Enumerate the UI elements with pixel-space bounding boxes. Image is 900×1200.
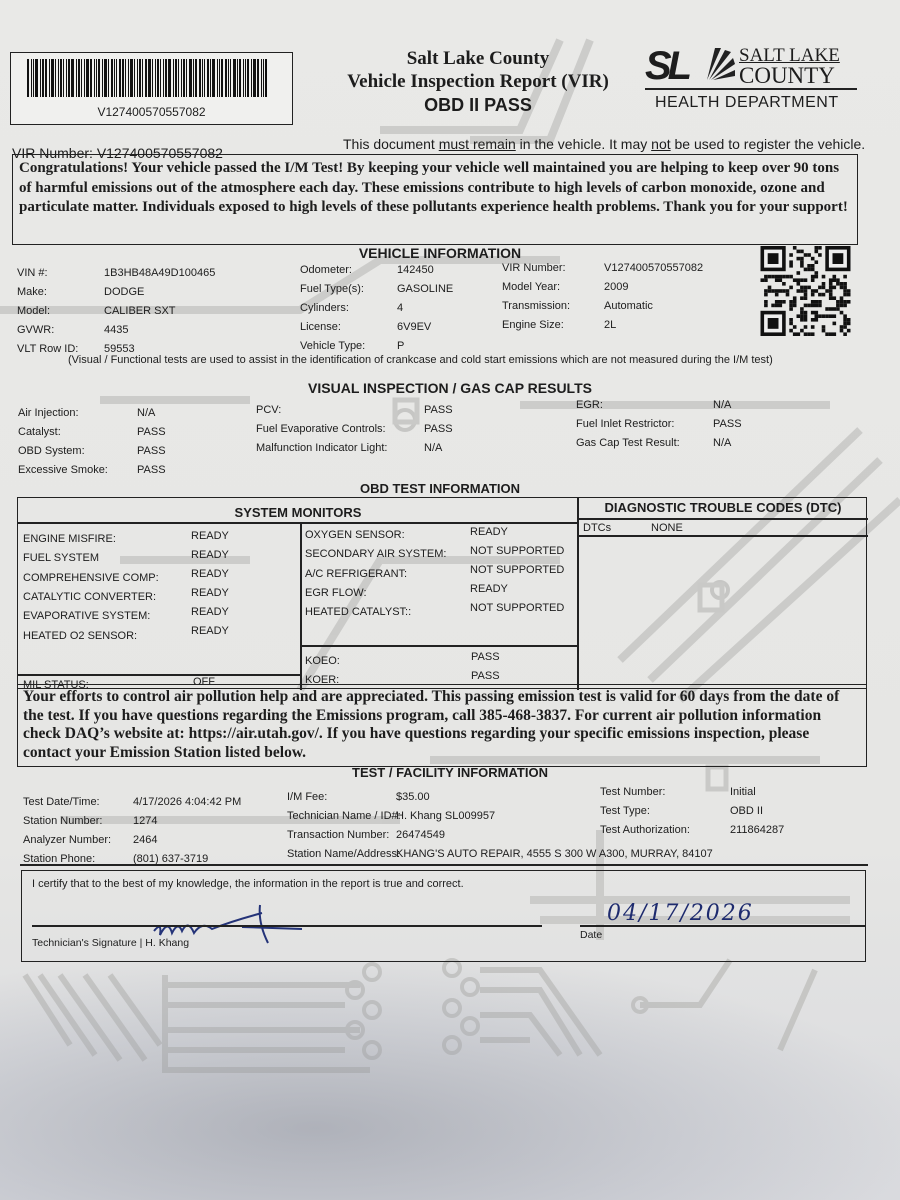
field-value: CALIBER SXT [104, 305, 176, 317]
barcode-bar [212, 59, 215, 97]
field-label: VIN #: [17, 267, 48, 279]
notice-emphasis-must: must remain [439, 136, 516, 152]
photo-shadow [0, 960, 900, 1200]
dtc-label: DTCs [583, 522, 611, 534]
monitor-label: EVAPORATIVE SYSTEM: [23, 610, 150, 622]
report-title: Salt Lake County Vehicle Inspection Repo… [328, 48, 628, 116]
field-value: N/A [713, 399, 731, 411]
barcode-bar [27, 59, 29, 97]
koeo-value: PASS [471, 651, 500, 663]
barcode-bar [94, 59, 95, 97]
logo-mark: SL [645, 46, 688, 86]
monitor-status: NOT SUPPORTED [470, 602, 564, 614]
logo-department: HEALTH DEPARTMENT [655, 94, 839, 112]
barcode-bar [98, 59, 100, 97]
field-label: PCV: [256, 404, 281, 416]
field-label: Analyzer Number: [23, 834, 111, 846]
field-value: OBD II [730, 805, 763, 817]
monitor-status: READY [191, 625, 229, 637]
barcode-bar [90, 59, 92, 97]
field-value: PASS [424, 423, 453, 435]
barcode-bar [49, 59, 50, 97]
monitor-status: NOT SUPPORTED [470, 545, 564, 557]
field-value: 2009 [604, 281, 628, 293]
county-logo: SL SALT LAKE COUNTY HEALTH DEPARTMENT [645, 46, 857, 116]
field-value: 142450 [397, 264, 434, 276]
field-value: H. Khang SL009957 [396, 810, 495, 822]
barcode-bar [139, 59, 141, 97]
vehicle-notice: This document must remain in the vehicle… [343, 136, 865, 152]
field-label: Test Type: [600, 805, 650, 817]
barcode-bar [116, 59, 117, 97]
monitor-label: A/C REFRIGERANT: [305, 568, 407, 580]
barcode-bar [60, 59, 62, 97]
barcode-bar [111, 59, 113, 97]
field-value: V127400570557082 [604, 262, 703, 274]
certification-box: I certify that to the best of my knowled… [21, 870, 866, 962]
field-value: 2L [604, 319, 616, 331]
barcode-bar [210, 59, 211, 97]
barcode-bar [189, 59, 192, 97]
barcode-bar [55, 59, 56, 97]
barcode-bar [202, 59, 203, 97]
barcode-bar [76, 59, 77, 97]
vehicle-info-title: VEHICLE INFORMATION [290, 245, 590, 261]
field-label: VIR Number: [502, 262, 566, 274]
field-label: Fuel Type(s): [300, 283, 364, 295]
barcode-bar [152, 59, 153, 97]
signature-label: Technician's Signature | H. Khang [32, 937, 189, 949]
barcode-bar [31, 59, 32, 97]
barcode-bar [33, 59, 34, 97]
field-value: 4435 [104, 324, 128, 336]
title-county: Salt Lake County [328, 48, 628, 71]
field-label: Transaction Number: [287, 829, 389, 841]
barcode-bar [42, 59, 44, 97]
barcode-bar [128, 59, 129, 97]
notice-text: This document [343, 136, 439, 152]
field-value: 4 [397, 302, 403, 314]
barcode-bar [134, 59, 135, 97]
field-value: Automatic [604, 300, 653, 312]
field-label: Vehicle Type: [300, 340, 365, 352]
barcode-bar [104, 59, 107, 97]
field-value: $35.00 [396, 791, 430, 803]
barcode-bar [108, 59, 109, 97]
field-label: Gas Cap Test Result: [576, 437, 680, 449]
barcode-bar [261, 59, 262, 97]
barcode-bar [68, 59, 70, 97]
barcode-bar [168, 59, 171, 97]
signature-line [32, 925, 542, 927]
barcode-bar [228, 59, 229, 97]
field-label: Cylinders: [300, 302, 349, 314]
monitor-label: FUEL SYSTEM [23, 552, 99, 564]
monitor-label: OXYGEN SENSOR: [305, 529, 405, 541]
barcode-bar [125, 59, 126, 97]
barcode-bar [78, 59, 80, 97]
monitor-label: COMPREHENSIVE COMP: [23, 572, 159, 584]
field-value: PASS [424, 404, 453, 416]
monitor-status: READY [470, 526, 508, 538]
field-label: Fuel Evaporative Controls: [256, 423, 386, 435]
field-value: P [397, 340, 404, 352]
field-value: PASS [137, 445, 166, 457]
notice-text: in the vehicle. It may [516, 136, 651, 152]
field-value: 26474549 [396, 829, 445, 841]
logo-divider [645, 88, 857, 90]
barcode-bar [84, 59, 85, 97]
title-report: Vehicle Inspection Report (VIR) [328, 71, 628, 94]
field-label: GVWR: [17, 324, 54, 336]
barcode-bar [186, 59, 187, 97]
notice-emphasis-not: not [651, 136, 670, 152]
barcode-bar [199, 59, 201, 97]
barcode-bar [257, 59, 259, 97]
handwritten-date: 04/17/2026 [607, 901, 754, 926]
barcode-bar [119, 59, 121, 97]
field-value: 6V9EV [397, 321, 431, 333]
field-label: Fuel Inlet Restrictor: [576, 418, 674, 430]
barcode-bar [219, 59, 220, 97]
barcode-bar [157, 59, 159, 97]
monitor-label: HEATED O2 SENSOR: [23, 630, 137, 642]
divider [300, 522, 302, 690]
monitor-status: NOT SUPPORTED [470, 564, 564, 576]
barcode-bar [178, 59, 179, 97]
field-value: 2464 [133, 834, 157, 846]
monitor-label: ENGINE MISFIRE: [23, 533, 116, 545]
barcode-bar [142, 59, 143, 97]
barcode-bar [217, 59, 218, 97]
barcode-bar [245, 59, 246, 97]
field-value: 1274 [133, 815, 157, 827]
field-label: Station Number: [23, 815, 102, 827]
divider [578, 518, 868, 520]
barcode-bar [66, 59, 67, 97]
notice-text: be used to register the vehicle. [671, 136, 866, 152]
appreciation-message: Your efforts to control air pollution he… [17, 684, 867, 767]
divider [18, 674, 301, 676]
monitor-status: READY [470, 583, 508, 595]
date-label: Date [580, 929, 602, 941]
barcode-bar [253, 59, 256, 97]
barcode-bar [122, 59, 124, 97]
field-label: Test Authorization: [600, 824, 690, 836]
barcode-bar [51, 59, 54, 97]
field-label: Odometer: [300, 264, 352, 276]
barcode-bar [40, 59, 41, 97]
system-monitors-title: SYSTEM MONITORS [18, 505, 578, 520]
field-value: 1B3HB48A49D100465 [104, 267, 215, 279]
barcode-bar [165, 59, 167, 97]
barcode-bar [114, 59, 115, 97]
barcode-bar [193, 59, 194, 97]
field-value: N/A [713, 437, 731, 449]
barcode-bar [175, 59, 177, 97]
barcode-bar [96, 59, 97, 97]
field-value: GASOLINE [397, 283, 453, 295]
barcode-bar [130, 59, 133, 97]
barcode-bar [230, 59, 231, 97]
field-value: PASS [137, 426, 166, 438]
title-result: OBD II PASS [328, 95, 628, 117]
divider [18, 522, 578, 524]
dtc-value: NONE [651, 522, 683, 534]
field-label: Malfunction Indicator Light: [256, 442, 387, 454]
barcode-box: V127400570557082 [10, 52, 293, 125]
obd-test-title: OBD TEST INFORMATION [300, 481, 580, 496]
monitor-label: SECONDARY AIR SYSTEM: [305, 548, 446, 560]
field-label: Test Number: [600, 786, 665, 798]
field-label: OBD System: [18, 445, 85, 457]
sunburst-icon [705, 48, 735, 82]
field-value: PASS [713, 418, 742, 430]
barcode-bar [86, 59, 89, 97]
barcode-bar [251, 59, 252, 97]
monitor-status: READY [191, 568, 229, 580]
date-line [580, 925, 865, 927]
barcode-bar [81, 59, 82, 97]
barcode-bar [173, 59, 174, 97]
field-label: Station Name/Address: [287, 848, 400, 860]
monitor-status: READY [191, 587, 229, 599]
monitor-status: READY [191, 530, 229, 542]
field-value: Initial [730, 786, 756, 798]
divider [577, 498, 579, 690]
field-label: Test Date/Time: [23, 796, 100, 808]
field-label: Engine Size: [502, 319, 564, 331]
field-value: DODGE [104, 286, 144, 298]
certification-statement: I certify that to the best of my knowled… [32, 878, 464, 890]
koeo-label: KOEO: [305, 655, 340, 667]
barcode-bar [155, 59, 156, 97]
barcode-bar [247, 59, 249, 97]
field-value: 4/17/2026 4:04:42 PM [133, 796, 241, 808]
obd-test-table: SYSTEM MONITORS DIAGNOSTIC TROUBLE CODES… [17, 497, 867, 689]
barcode-bar [265, 59, 267, 97]
barcode-bar [183, 59, 185, 97]
barcode-bar [195, 59, 197, 97]
congratulations-message: Congratulations! Your vehicle passed the… [12, 154, 858, 245]
barcode-bar [233, 59, 236, 97]
logo-name: SALT LAKE COUNTY [739, 46, 840, 87]
field-label: Air Injection: [18, 407, 79, 419]
barcode-bar [45, 59, 47, 97]
field-label: Catalyst: [18, 426, 61, 438]
barcode-icon [27, 59, 277, 97]
field-label: Excessive Smoke: [18, 464, 108, 476]
field-label: Make: [17, 286, 47, 298]
barcode-bar [263, 59, 264, 97]
divider [300, 645, 578, 647]
barcode-bar [163, 59, 164, 97]
barcode-bar [102, 59, 103, 97]
qr-code-icon [758, 246, 853, 336]
monitor-status: READY [191, 549, 229, 561]
barcode-bar [243, 59, 244, 97]
monitor-status: READY [191, 606, 229, 618]
barcode-bar [137, 59, 138, 97]
barcode-bar [58, 59, 59, 97]
field-label: I/M Fee: [287, 791, 327, 803]
monitor-label: EGR FLOW: [305, 587, 367, 599]
dtc-title: DIAGNOSTIC TROUBLE CODES (DTC) [578, 500, 868, 515]
barcode-bar [225, 59, 227, 97]
barcode-bar [204, 59, 205, 97]
koer-value: PASS [471, 670, 500, 682]
field-label: Technician Name / ID#: [287, 810, 401, 822]
field-value: N/A [137, 407, 155, 419]
field-label: License: [300, 321, 341, 333]
barcode-bar [239, 59, 241, 97]
barcode-bar [145, 59, 147, 97]
field-value: KHANG'S AUTO REPAIR, 4555 S 300 W A300, … [396, 848, 713, 860]
field-value: N/A [424, 442, 442, 454]
barcode-bar [237, 59, 238, 97]
test-facility-title: TEST / FACILITY INFORMATION [300, 765, 600, 780]
divider [578, 535, 868, 537]
barcode-bar [148, 59, 151, 97]
visual-tests-footnote: (Visual / Functional tests are used to a… [68, 354, 773, 366]
field-label: Model Year: [502, 281, 560, 293]
barcode-bar [207, 59, 209, 97]
divider [20, 864, 868, 866]
field-label: Transmission: [502, 300, 570, 312]
visual-inspection-title: VISUAL INSPECTION / GAS CAP RESULTS [250, 380, 650, 396]
monitor-label: HEATED CATALYST:: [305, 606, 411, 618]
barcode-bar [221, 59, 223, 97]
barcode-bar [181, 59, 182, 97]
barcode-bar [63, 59, 64, 97]
field-value: PASS [137, 464, 166, 476]
barcode-number: V127400570557082 [11, 105, 292, 119]
field-label: Model: [17, 305, 50, 317]
logo-name-line2: COUNTY [739, 65, 840, 87]
monitor-label: CATALYTIC CONVERTER: [23, 591, 156, 603]
barcode-bar [71, 59, 74, 97]
field-value: 211864287 [730, 824, 784, 836]
barcode-bar [160, 59, 161, 97]
field-label: EGR: [576, 399, 603, 411]
barcode-bar [35, 59, 38, 97]
